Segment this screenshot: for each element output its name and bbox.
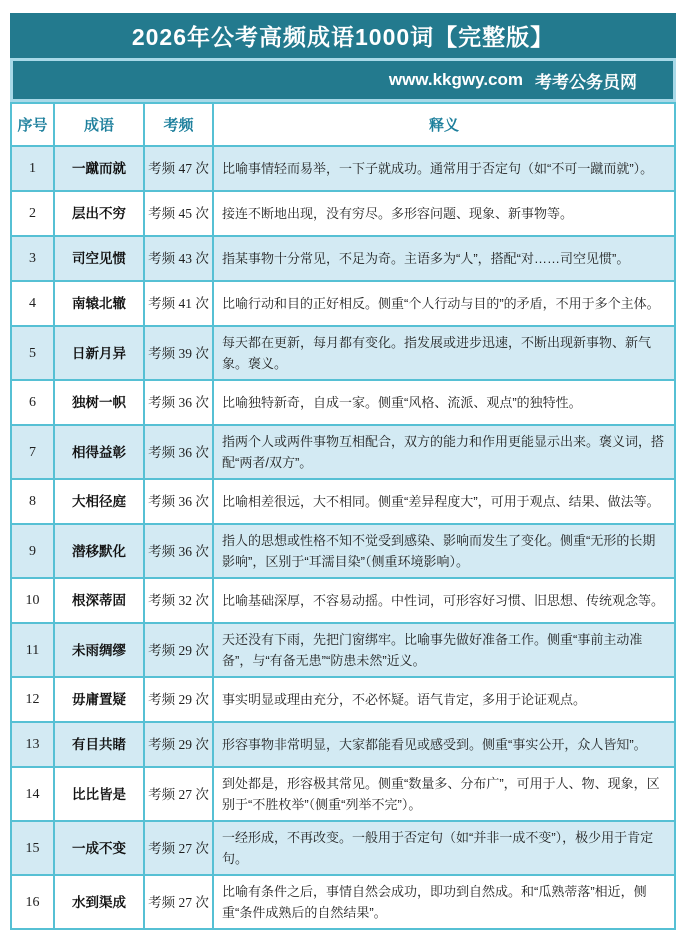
idiom-cell: 未雨绸缪 xyxy=(54,623,144,677)
idiom-cell: 毋庸置疑 xyxy=(54,677,144,722)
idiom-cell: 大相径庭 xyxy=(54,479,144,524)
site-name: 考考公务员网 xyxy=(535,68,637,93)
idiom-cell: 水到渠成 xyxy=(54,875,144,929)
frequency-cell: 考频 36 次 xyxy=(144,380,213,425)
definition-cell: 一经形成，不再改变。一般用于否定句（如“并非一成不变”），极少用于肯定句。 xyxy=(213,821,675,875)
table-row: 3司空见惯考频 43 次指某事物十分常见，不足为奇。主语多为“人”，搭配“对……… xyxy=(11,236,675,281)
index-cell: 1 xyxy=(11,146,54,191)
frequency-cell: 考频 27 次 xyxy=(144,767,213,821)
index-cell: 2 xyxy=(11,191,54,236)
document-title-bar: 2026年公考高频成语1000词【完整版】 xyxy=(10,13,676,58)
column-header-index: 序号 xyxy=(11,103,54,146)
frequency-cell: 考频 29 次 xyxy=(144,677,213,722)
table-row: 7相得益彰考频 36 次指两个人或两件事物互相配合，双方的能力和作用更能显示出来… xyxy=(11,425,675,479)
index-cell: 4 xyxy=(11,281,54,326)
frequency-cell: 考频 32 次 xyxy=(144,578,213,623)
idiom-cell: 司空见惯 xyxy=(54,236,144,281)
definition-cell: 比喻独特新奇，自成一家。侧重“风格、流派、观点”的独特性。 xyxy=(213,380,675,425)
index-cell: 11 xyxy=(11,623,54,677)
site-url: www.kkgwy.com xyxy=(389,70,523,90)
index-cell: 5 xyxy=(11,326,54,380)
table-row: 2层出不穷考频 45 次接连不断地出现，没有穷尽。多形容问题、现象、新事物等。 xyxy=(11,191,675,236)
table-row: 14比比皆是考频 27 次到处都是，形容极其常见。侧重“数量多、分布广”，可用于… xyxy=(11,767,675,821)
table-row: 9潜移默化考频 36 次指人的思想或性格不知不觉受到感染、影响而发生了变化。侧重… xyxy=(11,524,675,578)
definition-cell: 比喻事情轻而易举，一下子就成功。通常用于否定句（如“不可一蹴而就”）。 xyxy=(213,146,675,191)
idiom-cell: 根深蒂固 xyxy=(54,578,144,623)
definition-cell: 比喻行动和目的正好相反。侧重“个人行动与目的”的矛盾，不用于多个主体。 xyxy=(213,281,675,326)
index-cell: 13 xyxy=(11,722,54,767)
definition-cell: 事实明显或理由充分，不必怀疑。语气肯定，多用于论证观点。 xyxy=(213,677,675,722)
table-row: 10根深蒂固考频 32 次比喻基础深厚，不容易动摇。中性词，可形容好习惯、旧思想… xyxy=(11,578,675,623)
index-cell: 12 xyxy=(11,677,54,722)
frequency-cell: 考频 36 次 xyxy=(144,479,213,524)
column-header-definition: 释义 xyxy=(213,103,675,146)
idiom-cell: 一蹴而就 xyxy=(54,146,144,191)
frequency-cell: 考频 39 次 xyxy=(144,326,213,380)
idiom-cell: 南辕北辙 xyxy=(54,281,144,326)
idiom-cell: 日新月异 xyxy=(54,326,144,380)
index-cell: 3 xyxy=(11,236,54,281)
idiom-cell: 比比皆是 xyxy=(54,767,144,821)
idiom-table-body: 1一蹴而就考频 47 次比喻事情轻而易举，一下子就成功。通常用于否定句（如“不可… xyxy=(11,146,675,929)
column-header-idiom: 成语 xyxy=(54,103,144,146)
idiom-cell: 层出不穷 xyxy=(54,191,144,236)
frequency-cell: 考频 29 次 xyxy=(144,623,213,677)
table-header-row: 序号 成语 考频 释义 xyxy=(11,103,675,146)
table-row: 1一蹴而就考频 47 次比喻事情轻而易举，一下子就成功。通常用于否定句（如“不可… xyxy=(11,146,675,191)
definition-cell: 形容事物非常明显，大家都能看见或感受到。侧重“事实公开，众人皆知”。 xyxy=(213,722,675,767)
index-cell: 8 xyxy=(11,479,54,524)
index-cell: 10 xyxy=(11,578,54,623)
index-cell: 7 xyxy=(11,425,54,479)
table-row: 16水到渠成考频 27 次比喻有条件之后，事情自然会成功，即功到自然成。和“瓜熟… xyxy=(11,875,675,929)
document-title: 2026年公考高频成语1000词【完整版】 xyxy=(132,19,554,52)
frequency-cell: 考频 36 次 xyxy=(144,425,213,479)
index-cell: 9 xyxy=(11,524,54,578)
document-page: 2026年公考高频成语1000词【完整版】 www.kkgwy.com 考考公务… xyxy=(0,0,686,944)
frequency-cell: 考频 36 次 xyxy=(144,524,213,578)
table-row: 4南辕北辙考频 41 次比喻行动和目的正好相反。侧重“个人行动与目的”的矛盾，不… xyxy=(11,281,675,326)
idiom-cell: 潜移默化 xyxy=(54,524,144,578)
frequency-cell: 考频 43 次 xyxy=(144,236,213,281)
column-header-frequency: 考频 xyxy=(144,103,213,146)
definition-cell: 接连不断地出现，没有穷尽。多形容问题、现象、新事物等。 xyxy=(213,191,675,236)
frequency-cell: 考频 41 次 xyxy=(144,281,213,326)
frequency-cell: 考频 27 次 xyxy=(144,875,213,929)
definition-cell: 到处都是，形容极其常见。侧重“数量多、分布广”，可用于人、物、现象，区别于“不胜… xyxy=(213,767,675,821)
idiom-cell: 相得益彰 xyxy=(54,425,144,479)
definition-cell: 指某事物十分常见，不足为奇。主语多为“人”，搭配“对……司空见惯”。 xyxy=(213,236,675,281)
definition-cell: 每天都在更新，每月都有变化。指发展或进步迅速，不断出现新事物、新气象。褒义。 xyxy=(213,326,675,380)
table-row: 12毋庸置疑考频 29 次事实明显或理由充分，不必怀疑。语气肯定，多用于论证观点… xyxy=(11,677,675,722)
idiom-cell: 一成不变 xyxy=(54,821,144,875)
table-row: 15一成不变考频 27 次一经形成，不再改变。一般用于否定句（如“并非一成不变”… xyxy=(11,821,675,875)
definition-cell: 比喻相差很远，大不相同。侧重“差异程度大”，可用于观点、结果、做法等。 xyxy=(213,479,675,524)
frequency-cell: 考频 27 次 xyxy=(144,821,213,875)
table-row: 5日新月异考频 39 次每天都在更新，每月都有变化。指发展或进步迅速，不断出现新… xyxy=(11,326,675,380)
idiom-cell: 有目共睹 xyxy=(54,722,144,767)
idiom-table: 序号 成语 考频 释义 1一蹴而就考频 47 次比喻事情轻而易举，一下子就成功。… xyxy=(10,102,676,930)
table-row: 11未雨绸缪考频 29 次天还没有下雨，先把门窗绑牢。比喻事先做好准备工作。侧重… xyxy=(11,623,675,677)
definition-cell: 比喻有条件之后，事情自然会成功，即功到自然成。和“瓜熟蒂落”相近，侧重“条件成熟… xyxy=(213,875,675,929)
definition-cell: 天还没有下雨，先把门窗绑牢。比喻事先做好准备工作。侧重“事前主动准备”，与“有备… xyxy=(213,623,675,677)
frequency-cell: 考频 45 次 xyxy=(144,191,213,236)
site-banner: www.kkgwy.com 考考公务员网 xyxy=(10,58,676,102)
index-cell: 16 xyxy=(11,875,54,929)
definition-cell: 比喻基础深厚，不容易动摇。中性词，可形容好习惯、旧思想、传统观念等。 xyxy=(213,578,675,623)
table-row: 8大相径庭考频 36 次比喻相差很远，大不相同。侧重“差异程度大”，可用于观点、… xyxy=(11,479,675,524)
definition-cell: 指人的思想或性格不知不觉受到感染、影响而发生了变化。侧重“无形的长期影响”，区别… xyxy=(213,524,675,578)
idiom-cell: 独树一帜 xyxy=(54,380,144,425)
definition-cell: 指两个人或两件事物互相配合，双方的能力和作用更能显示出来。褒义词，搭配“两者/双… xyxy=(213,425,675,479)
index-cell: 14 xyxy=(11,767,54,821)
frequency-cell: 考频 29 次 xyxy=(144,722,213,767)
index-cell: 15 xyxy=(11,821,54,875)
table-row: 13有目共睹考频 29 次形容事物非常明显，大家都能看见或感受到。侧重“事实公开… xyxy=(11,722,675,767)
table-row: 6独树一帜考频 36 次比喻独特新奇，自成一家。侧重“风格、流派、观点”的独特性… xyxy=(11,380,675,425)
index-cell: 6 xyxy=(11,380,54,425)
frequency-cell: 考频 47 次 xyxy=(144,146,213,191)
